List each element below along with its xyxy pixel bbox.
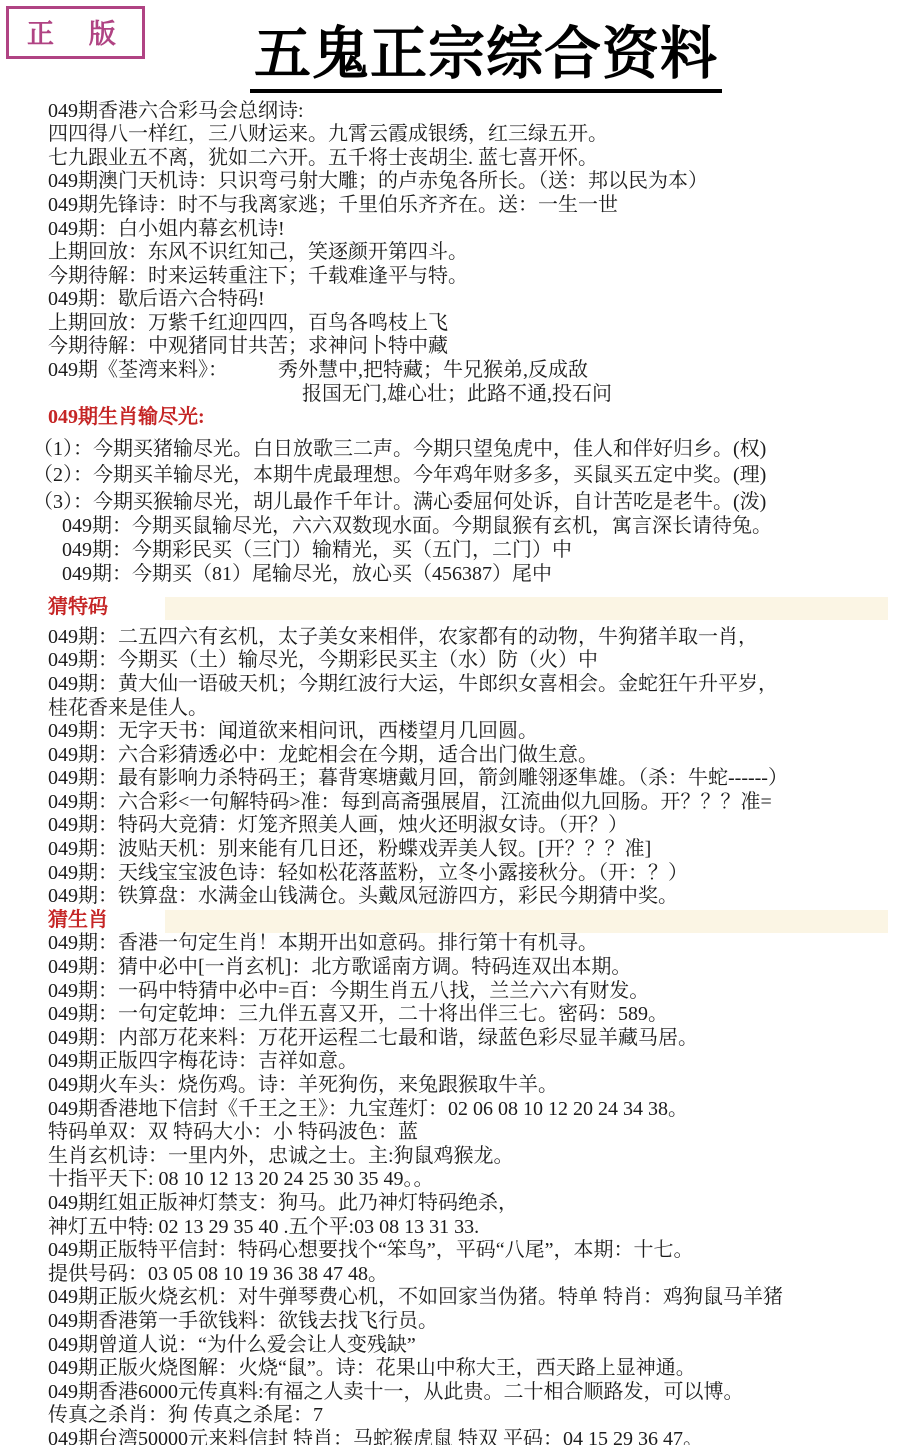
text-line: 049期正版火烧图解：火烧“鼠”。诗：花果山中称大王，西天路上显神通。 bbox=[0, 1357, 900, 1381]
text-line: 049期：一句定乾坤：三九伴五喜又开，二十将出伴三七。密码：589。 bbox=[0, 1003, 900, 1027]
content-lines: 049期香港六合彩马会总纲诗:四四得八一样红，三八财运来。九霄云霞成银绣，红三绿… bbox=[0, 100, 900, 1445]
text-line: 049期香港六合彩马会总纲诗: bbox=[0, 100, 900, 124]
text-line: 今期待解：时来运转重注下；千载难逢平与特。 bbox=[0, 265, 900, 289]
text-line: 049期：香港一句定生肖！本期开出如意码。排行第十有机寻。 bbox=[0, 932, 900, 956]
text-line: 049期先锋诗：时不与我离家逃；千里伯乐齐齐在。送：一生一世 bbox=[0, 194, 900, 218]
text-line: 049期：最有影响力杀特码王；暮背寒塘戴月回，箭剑雕翎逐隼雄。（杀：牛蛇----… bbox=[0, 767, 900, 791]
text-line: 049期《荃湾来料》： 秀外慧中,把特藏；牛兄猴弟,反成敌 bbox=[0, 359, 900, 383]
text-line: 049期：猜中必中[一肖玄机]：北方歌谣南方调。特码连双出本期。 bbox=[0, 956, 900, 980]
text-line: 四四得八一样红，三八财运来。九霄云霞成银绣，红三绿五开。 bbox=[0, 123, 900, 147]
text-line: 上期回放：万紫千红迎四四，百鸟各鸣枝上飞 bbox=[0, 312, 900, 336]
text-line: 049期：白小姐内幕玄机诗! bbox=[0, 218, 900, 242]
section-header: 猜生肖 bbox=[0, 909, 900, 933]
text-line: 049期：六合彩<一句解特码>准：每到高斋强展眉，江流曲似九回肠。开？？？准= bbox=[0, 791, 900, 815]
title-wrap: 五鬼正宗综合资料 bbox=[36, 0, 900, 93]
text-line: 桂花香来是佳人。 bbox=[0, 697, 900, 721]
text-line: 049期澳门天机诗：只识弯弓射大雕；的卢赤兔各所长。（送：邦以民为本） bbox=[0, 170, 900, 194]
text-line: 049期：今期买（土）输尽光，今期彩民买主（水）防（火）中 bbox=[0, 649, 900, 673]
text-line: 049期：内部万花来料：万花开运程二七最和谐，绿蓝色彩尽显羊藏马居。 bbox=[0, 1027, 900, 1051]
text-line: 049期：今期买（81）尾输尽光，放心买（456387）尾中 bbox=[0, 563, 900, 587]
text-line: 七九跟业五不离，犹如二六开。五千将士丧胡尘. 蓝七喜开怀。 bbox=[0, 147, 900, 171]
text-line: （3）：今期买猴输尽光，胡儿最作千年计。满心委屈何处诉，自计苦吃是老牛。(泼) bbox=[0, 489, 900, 516]
text-line: 049期：无字天书：闻道欲来相问讯，西楼望月几回圆。 bbox=[0, 720, 900, 744]
section-header: 猜特码 bbox=[0, 596, 900, 620]
text-line: 049期正版特平信封：特码心想要找个“笨鸟”，平码“八尾”，本期：十七。 bbox=[0, 1239, 900, 1263]
text-line: 049期正版火烧玄机：对牛弹琴费心机，不如回家当伪猪。特单 特肖：鸡狗鼠马羊猪 bbox=[0, 1286, 900, 1310]
text-line: 049期曾道人说：“为什么爱会让人变残缺” bbox=[0, 1334, 900, 1358]
text-line: 049期正版四字梅花诗：吉祥如意。 bbox=[0, 1050, 900, 1074]
text-line: 049期：特码大竞猜：灯笼齐照美人画，烛火还明淑女诗。（开？） bbox=[0, 814, 900, 838]
text-line: 报国无门,雄心壮；此路不通,投石问 bbox=[0, 383, 900, 407]
text-line: 上期回放：东风不识红知己，笑逐颜开第四斗。 bbox=[0, 241, 900, 265]
text-line: 049期：今期彩民买（三门）输精光，买（五门，二门）中 bbox=[0, 539, 900, 563]
text-line: 神灯五中特: 02 13 29 35 40 .五个平:03 08 13 31 3… bbox=[0, 1216, 900, 1240]
text-line: 049期：六合彩猜透必中：龙蛇相会在今期，适合出门做生意。 bbox=[0, 744, 900, 768]
text-line: 传真之杀肖：狗 传真之杀尾：7 bbox=[0, 1404, 900, 1428]
text-line: 049期红姐正版神灯禁支：狗马。此乃神灯特码绝杀， bbox=[0, 1192, 900, 1216]
text-line: 特码单双：双 特码大小：小 特码波色：蓝 bbox=[0, 1121, 900, 1145]
text-line: 049期：今期买鼠输尽光，六六双数现水面。今期鼠猴有玄机，寓言深长请待兔。 bbox=[0, 515, 900, 539]
text-line: （1）：今期买猪输尽光。白日放歌三二声。今期只望兔虎中，佳人和伴好归乡。(权) bbox=[0, 436, 900, 463]
text-line: （2）：今期买羊输尽光，本期牛虎最理想。今年鸡年财多多，买鼠买五定中奖。(理) bbox=[0, 462, 900, 489]
text-line: 049期：铁算盘：水满金山钱满仓。头戴凤冠游四方，彩民今期猜中奖。 bbox=[0, 885, 900, 909]
text-line: 049期香港6000元传真料:有福之人卖十一，从此贵。二十相合顺路发，可以博。 bbox=[0, 1381, 900, 1405]
text-line: 049期台湾50000元来料信封 特肖：马蛇猴虎鼠 特双 平码：04 15 29… bbox=[0, 1428, 900, 1445]
text-line: 049期香港第一手欲钱料：欲钱去找飞行员。 bbox=[0, 1310, 900, 1334]
text-line: 049期火车头：烧伤鸡。诗：羊死狗伤，来兔跟猴取牛羊。 bbox=[0, 1074, 900, 1098]
text-line: 049期：一码中特猜中必中=百：今期生肖五八找，兰兰六六有财发。 bbox=[0, 980, 900, 1004]
text-line: 049期香港地下信封《千王之王》：九宝莲灯：02 06 08 10 12 20 … bbox=[0, 1098, 900, 1122]
text-line: 049期：天线宝宝波色诗：轻如松花落蓝粉，立冬小露接秋分。（开：？） bbox=[0, 862, 900, 886]
text-line: 049期：波贴天机：别来能有几日还，粉蝶戏弄美人钗。[开？？？准] bbox=[0, 838, 900, 862]
text-line: 049期：黄大仙一语破天机；今期红波行大运，牛郎织女喜相会。金蛇狂午升平岁， bbox=[0, 673, 900, 697]
text-line: 049期：二五四六有玄机，太子美女来相伴，农家都有的动物，牛狗猪羊取一肖， bbox=[0, 626, 900, 650]
text-line: 十指平天下: 08 10 12 13 20 24 25 30 35 49。。 bbox=[0, 1168, 900, 1192]
text-line: 今期待解：中观猪同甘共苦；求神问卜特中藏 bbox=[0, 335, 900, 359]
text-line: 提供号码：03 05 08 10 19 36 38 47 48。 bbox=[0, 1263, 900, 1287]
section-header: 049期生肖输尽光: bbox=[0, 406, 900, 430]
page-title: 五鬼正宗综合资料 bbox=[250, 22, 722, 93]
text-line: 生肖玄机诗：一里内外，忠诚之士。主:狗鼠鸡猴龙。 bbox=[0, 1145, 900, 1169]
text-line: 049期：歇后语六合特码! bbox=[0, 288, 900, 312]
